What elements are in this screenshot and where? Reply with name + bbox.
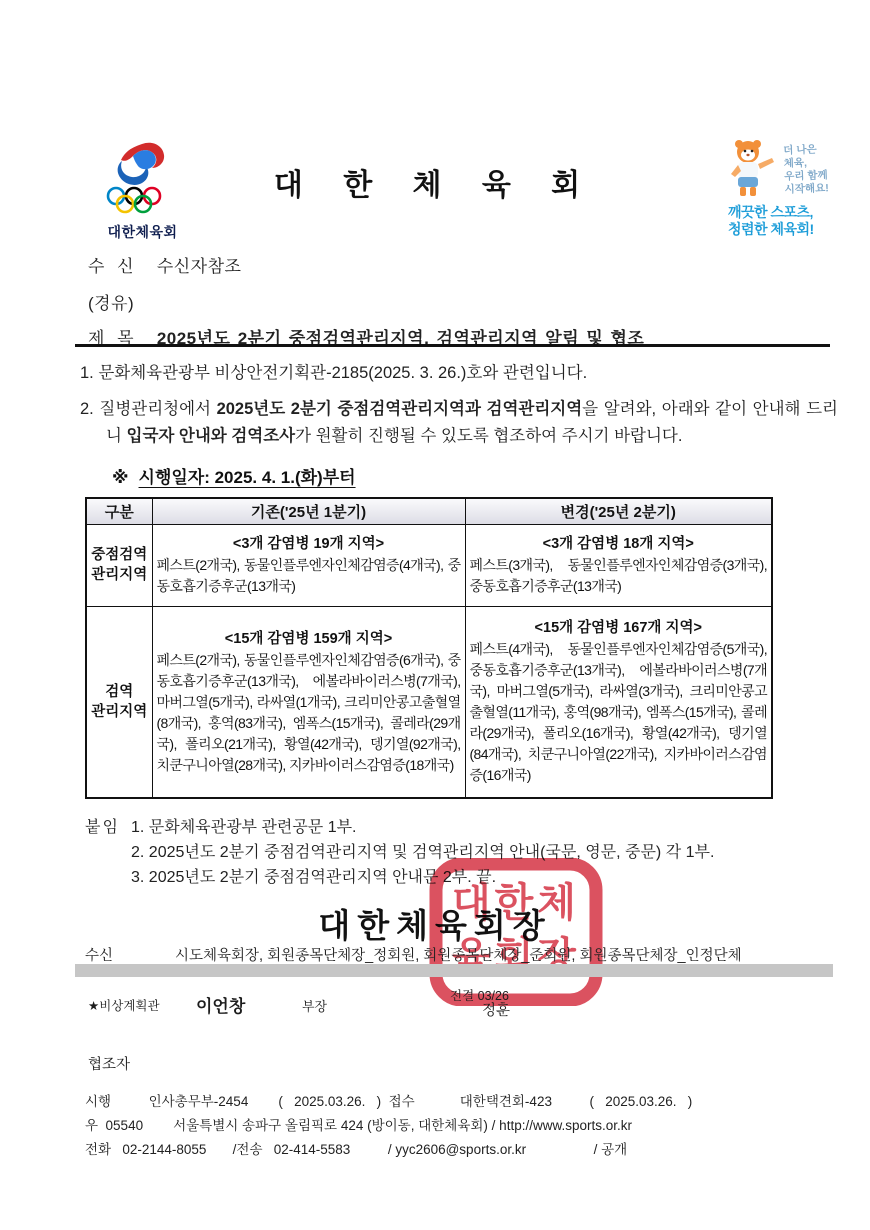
attachment-item-1: 1. 문화체육관광부 관련공문 1부. xyxy=(131,816,714,840)
para2-prefix: 2. 질병관리청에서 xyxy=(80,400,217,418)
quarantine-changed-title: <15개 감염병 167개 지역> xyxy=(470,617,768,639)
quarantine-existing-cell: <15개 감염병 159개 지역> 페스트(2개국), 동물인플루엔자인체감염증… xyxy=(152,606,465,798)
via-line: (경유) xyxy=(88,289,134,314)
row-label-priority: 중점검역 관리지역 xyxy=(86,524,152,606)
contact-line: 전화 02-2144-8055 /전송 02-414-5583 / yyc260… xyxy=(85,1138,855,1158)
para2-bold-region-names: 2025년도 2분기 중점검역관리지역과 검역관리지역 xyxy=(217,400,583,418)
clean-sports-slogan: 깨끗한 스포츠, 청렴한 체육회! xyxy=(728,204,866,238)
quarantine-changed-body: 페스트(4개국), 동물인플루엔자인체감염증(5개국), 중동호흡기증후군(13… xyxy=(470,639,768,786)
footer-recipients-label: 수신 xyxy=(85,944,175,965)
address-line: 우 05540 서울특별시 송파구 올림픽로 424 (방이동, 대한체육회) … xyxy=(85,1114,855,1134)
attachments-label: 붙임 xyxy=(85,816,131,891)
priority-changed-cell: <3개 감염병 18개 지역> 페스트(3개국), 동물인플루엔자인체감염증(3… xyxy=(465,524,772,606)
quarantine-region-table: 구분 기존('25년 1분기) 변경('25년 2분기) 중점검역 관리지역 <… xyxy=(85,497,773,799)
recipient-label: 수 신 xyxy=(88,257,138,276)
approver-title: 부장 xyxy=(302,996,327,1015)
body-paragraph-2: 2. 질병관리청에서 2025년도 2분기 중점검역관리지역과 검역관리지역을 … xyxy=(80,396,838,450)
quarantine-existing-body: 페스트(2개국), 동물인플루엔자인체감염증(6개국), 중동호흡기증후군(13… xyxy=(157,650,461,776)
footer-recipients-line: 수신 시도체육회장, 회원종목단체장_정회원, 회원종목단체장_준회원, 회원종… xyxy=(85,944,845,965)
effective-date-text: 시행일자: 2025. 4. 1.(화)부터 xyxy=(139,468,356,487)
official-red-seal: 대한체 육회장 xyxy=(428,858,604,1006)
priority-existing-title: <3개 감염병 19개 지역> xyxy=(157,533,461,555)
mascot-tiger-icon xyxy=(728,138,780,200)
footer-recipients-value: 시도체육회장, 회원종목단체장_정회원, 회원종목단체장_준회원, 회원종목단체… xyxy=(175,944,742,965)
svg-text:대한체: 대한체 xyxy=(452,880,580,925)
approver-role: ★비상계획관 xyxy=(88,996,160,1014)
para2-bold-inspection: 입국자 안내와 검역조사 xyxy=(127,427,296,445)
approver-name: 이언창 xyxy=(196,992,245,1017)
body-paragraph-1: 1. 문화체육관광부 비상안전기획관-2185(2025. 3. 26.)호와 … xyxy=(80,360,838,387)
mascot-area: 더 나은 체육, 우리 함께 시작해요! 깨끗한 스포츠, 청렴한 체육회! xyxy=(728,138,866,238)
col-header-changed: 변경('25년 2분기) xyxy=(465,498,772,524)
table-row-quarantine-regions: 검역 관리지역 <15개 감염병 159개 지역> 페스트(2개국), 동물인플… xyxy=(86,606,772,798)
attachment-item-2: 2. 2025년도 2분기 중점검역관리지역 및 검역관리지역 안내(국문, 영… xyxy=(131,841,714,865)
priority-changed-title: <3개 감염병 18개 지역> xyxy=(470,533,768,555)
footer-divider-bar xyxy=(75,964,833,977)
effective-date-note: ※시행일자: 2025. 4. 1.(화)부터 xyxy=(112,463,356,488)
mascot-handwritten-note: 더 나은 체육, 우리 함께 시작해요! xyxy=(783,143,829,197)
final-approver-name: 정훈 xyxy=(482,999,510,1020)
quarantine-changed-cell: <15개 감염병 167개 지역> 페스트(4개국), 동물인플루엔자인체감염증… xyxy=(465,606,772,798)
table-row-priority-regions: 중점검역 관리지역 <3개 감염병 19개 지역> 페스트(2개국), 동물인플… xyxy=(86,524,772,606)
priority-existing-cell: <3개 감염병 19개 지역> 페스트(2개국), 동물인플루엔자인체감염증(4… xyxy=(152,524,465,606)
issue-receipt-line: 시행 인사총무부-2454 ( 2025.03.26. ) 접수 대한택견회-4… xyxy=(85,1090,855,1110)
table-header-row: 구분 기존('25년 1분기) 변경('25년 2분기) xyxy=(86,498,772,524)
subject-divider-rule xyxy=(75,344,830,347)
recipient-value: 수신자참조 xyxy=(157,257,242,276)
col-header-existing: 기존('25년 1분기) xyxy=(152,498,465,524)
quarantine-existing-title: <15개 감염병 159개 지역> xyxy=(157,628,461,650)
priority-changed-body: 페스트(3개국), 동물인플루엔자인체감염증(3개국), 중동호흡기증후군(13… xyxy=(470,555,768,597)
recipient-line: 수 신 수신자참조 xyxy=(88,252,241,277)
logo-caption: 대한체육회 xyxy=(95,222,190,242)
attachment-item-3: 3. 2025년도 2분기 중점검역관리지역 안내문 2부. 끝. xyxy=(131,866,714,890)
col-header-category: 구분 xyxy=(86,498,152,524)
note-mark: ※ xyxy=(112,468,129,487)
priority-existing-body: 페스트(2개국), 동물인플루엔자인체감염증(4개국), 중동호흡기증후군(13… xyxy=(157,555,461,597)
cooperator-label: 협조자 xyxy=(88,1053,130,1074)
row-label-quarantine: 검역 관리지역 xyxy=(86,606,152,798)
para2-suffix: 가 원활히 진행될 수 있도록 협조하여 주시기 바랍니다. xyxy=(295,427,682,445)
